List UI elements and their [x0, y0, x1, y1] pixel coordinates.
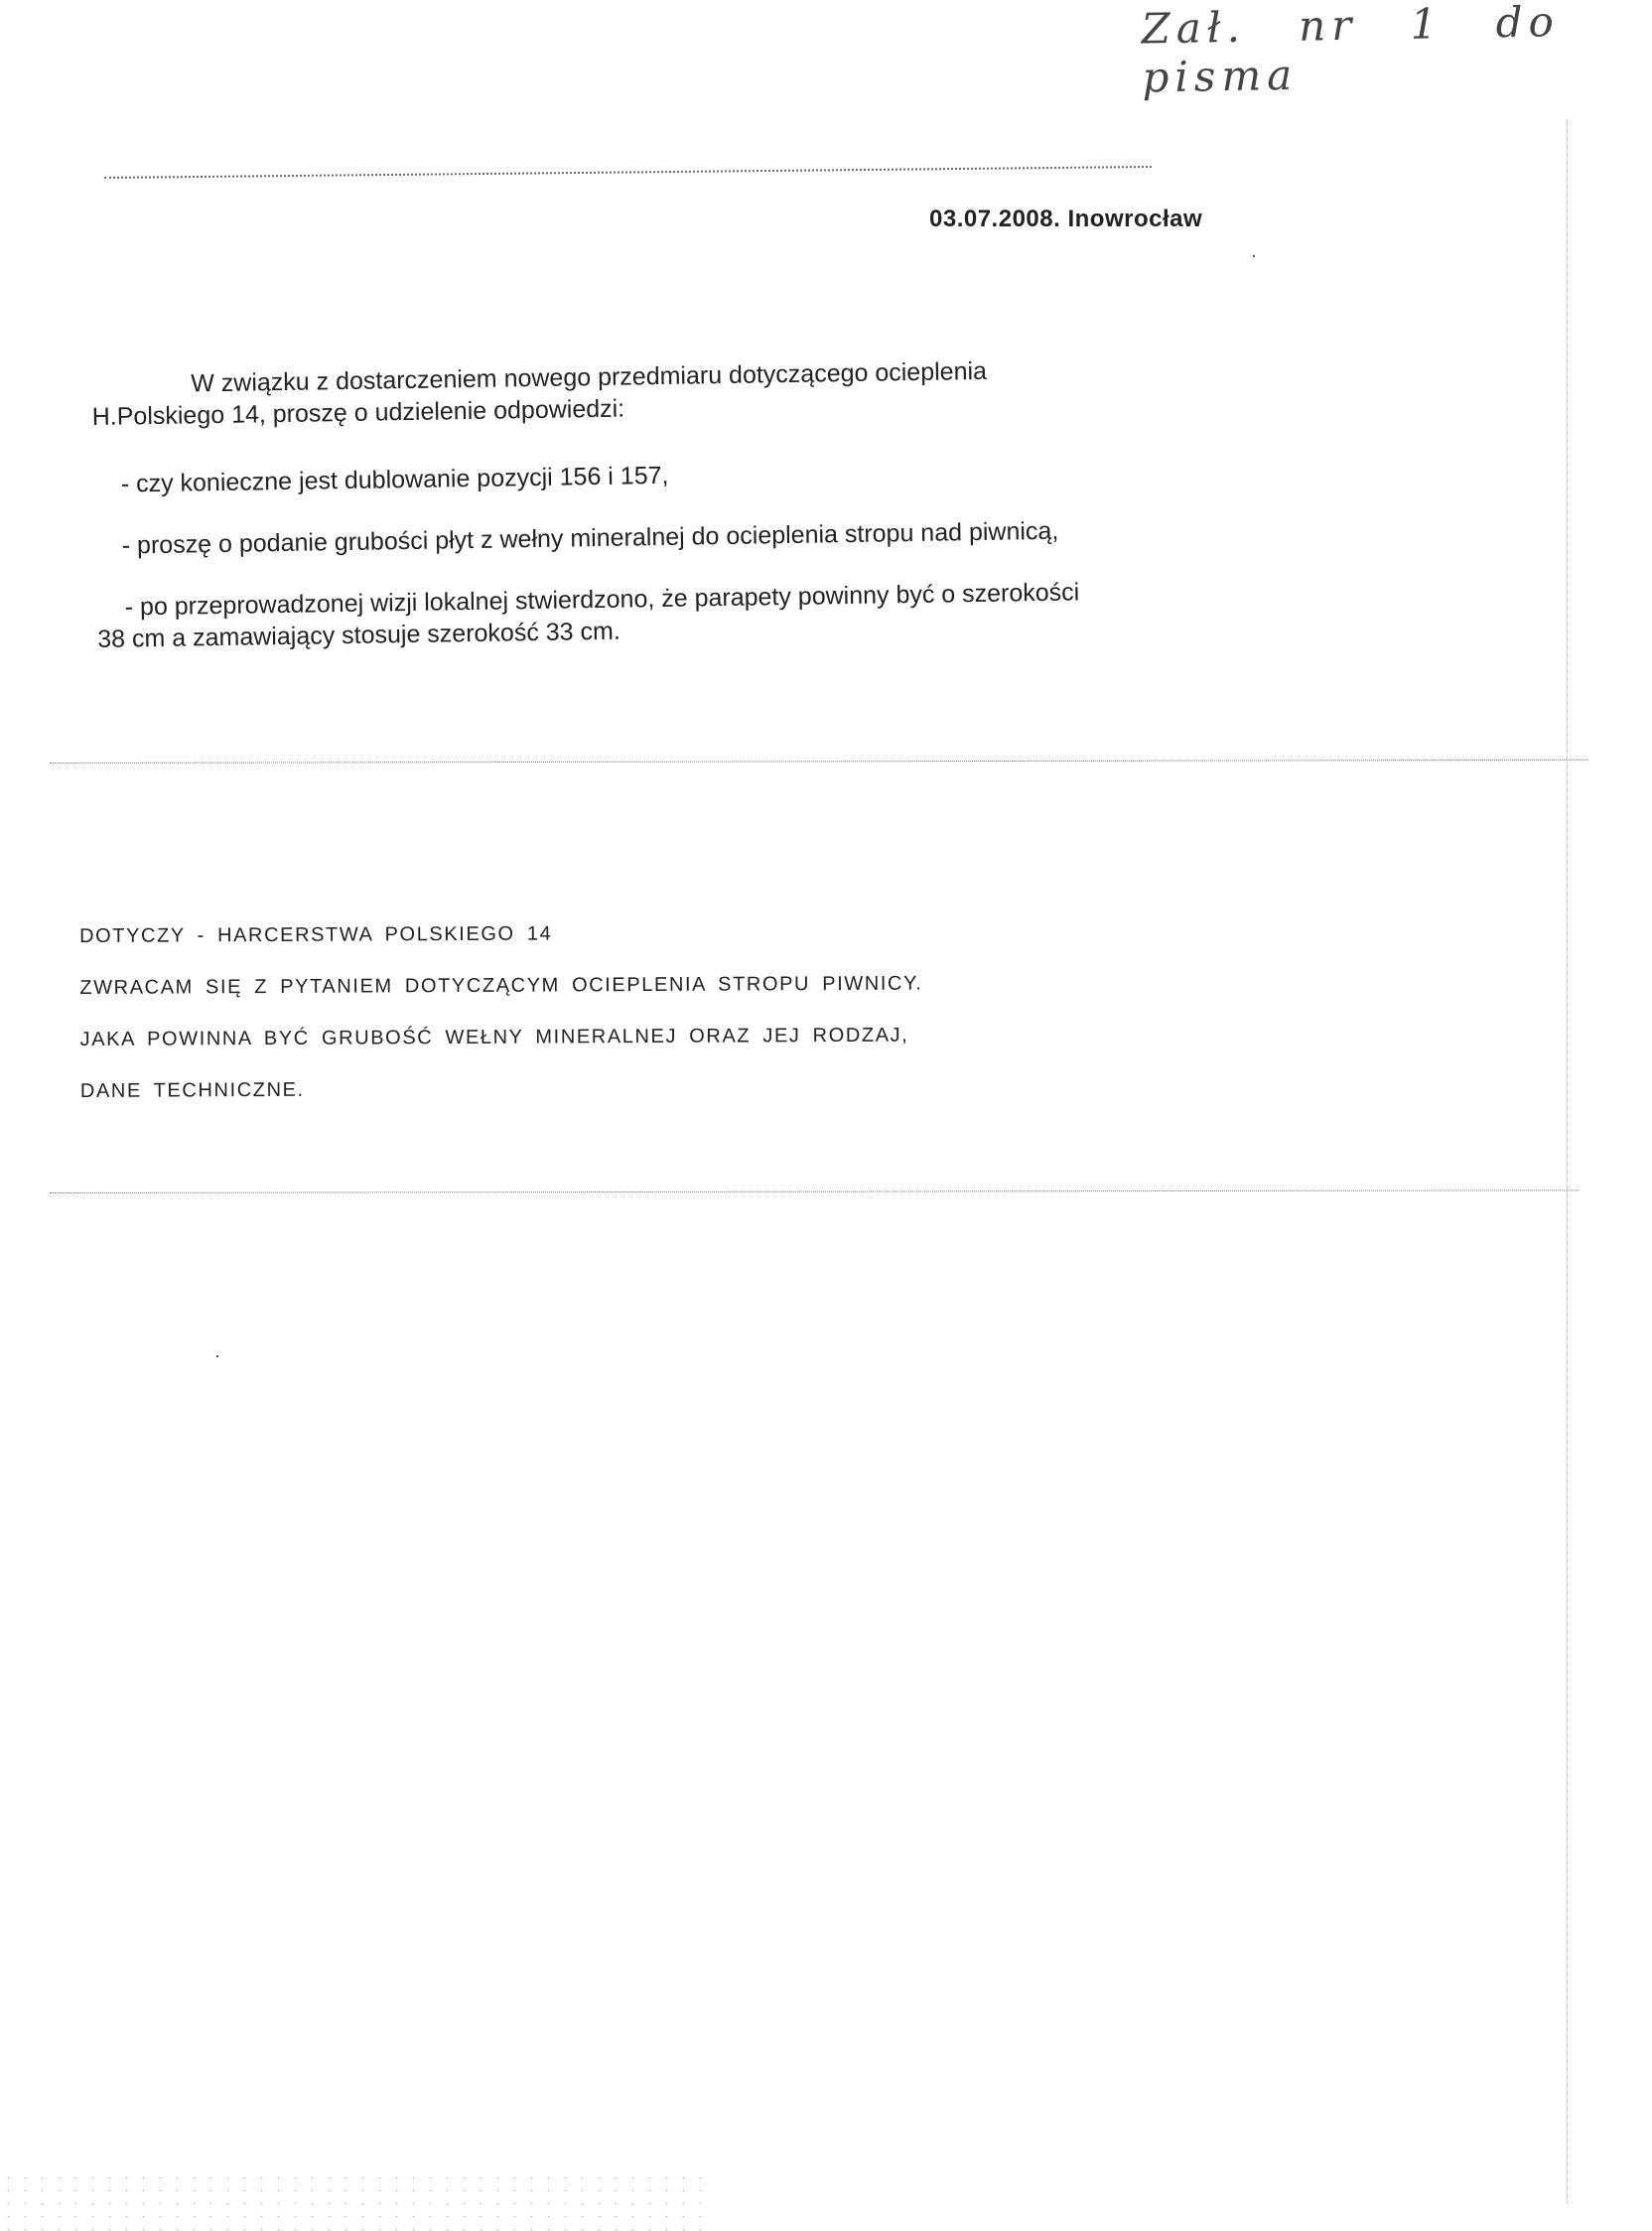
cut-line-middle: [50, 760, 1588, 764]
letter-body: W związku z dostarczeniem nowego przedmi…: [91, 350, 1287, 655]
cut-line-top: [104, 166, 1152, 179]
handwritten-annotation: Zał. nr 1 do pisma: [1141, 0, 1652, 101]
intro-line-1: W związku z dostarczeniem nowego przedmi…: [91, 357, 987, 399]
scanned-document-page: Zał. nr 1 do pisma 03.07.2008. Inowrocła…: [0, 0, 1652, 2231]
request-line: ZWRACAM SIĘ Z PYTANIEM DOTYCZĄCYM OCIEPL…: [79, 971, 922, 1001]
question-text: - proszę o podanie grubości płyt z wełny…: [122, 517, 1059, 560]
paper-edge-right: [1567, 119, 1568, 2204]
intro-paragraph: W związku z dostarczeniem nowego przedmi…: [91, 350, 1284, 433]
request-line: DANE TECHNICZNE.: [80, 1074, 923, 1104]
request-line: DOTYCZY - HARCERSTWA POLSKIEGO 14: [79, 919, 922, 949]
intro-line-2: H.Polskiego 14, proszę o udzielenie odpo…: [92, 395, 625, 431]
scan-speck: [1253, 255, 1255, 257]
scan-noise: [0, 2171, 715, 2231]
question-item: - czy konieczne jest dublowanie pozycji …: [93, 450, 1285, 500]
cut-line-bottom: [50, 1189, 1579, 1193]
question-text: - czy konieczne jest dublowanie pozycji …: [121, 462, 669, 498]
request-line: JAKA POWINNA BYĆ GRUBOŚĆ WEŁNY MINERALNE…: [80, 1023, 923, 1052]
question-item: - proszę o podanie grubości płyt z wełny…: [94, 511, 1286, 562]
scan-speck: [216, 1355, 218, 1357]
question-item: - po przeprowadzonej wizji lokalnej stwi…: [95, 573, 1288, 655]
date-and-place: 03.07.2008. Inowrocław: [929, 206, 1202, 233]
request-note: DOTYCZY - HARCERSTWA POLSKIEGO 14 ZWRACA…: [79, 919, 923, 1130]
